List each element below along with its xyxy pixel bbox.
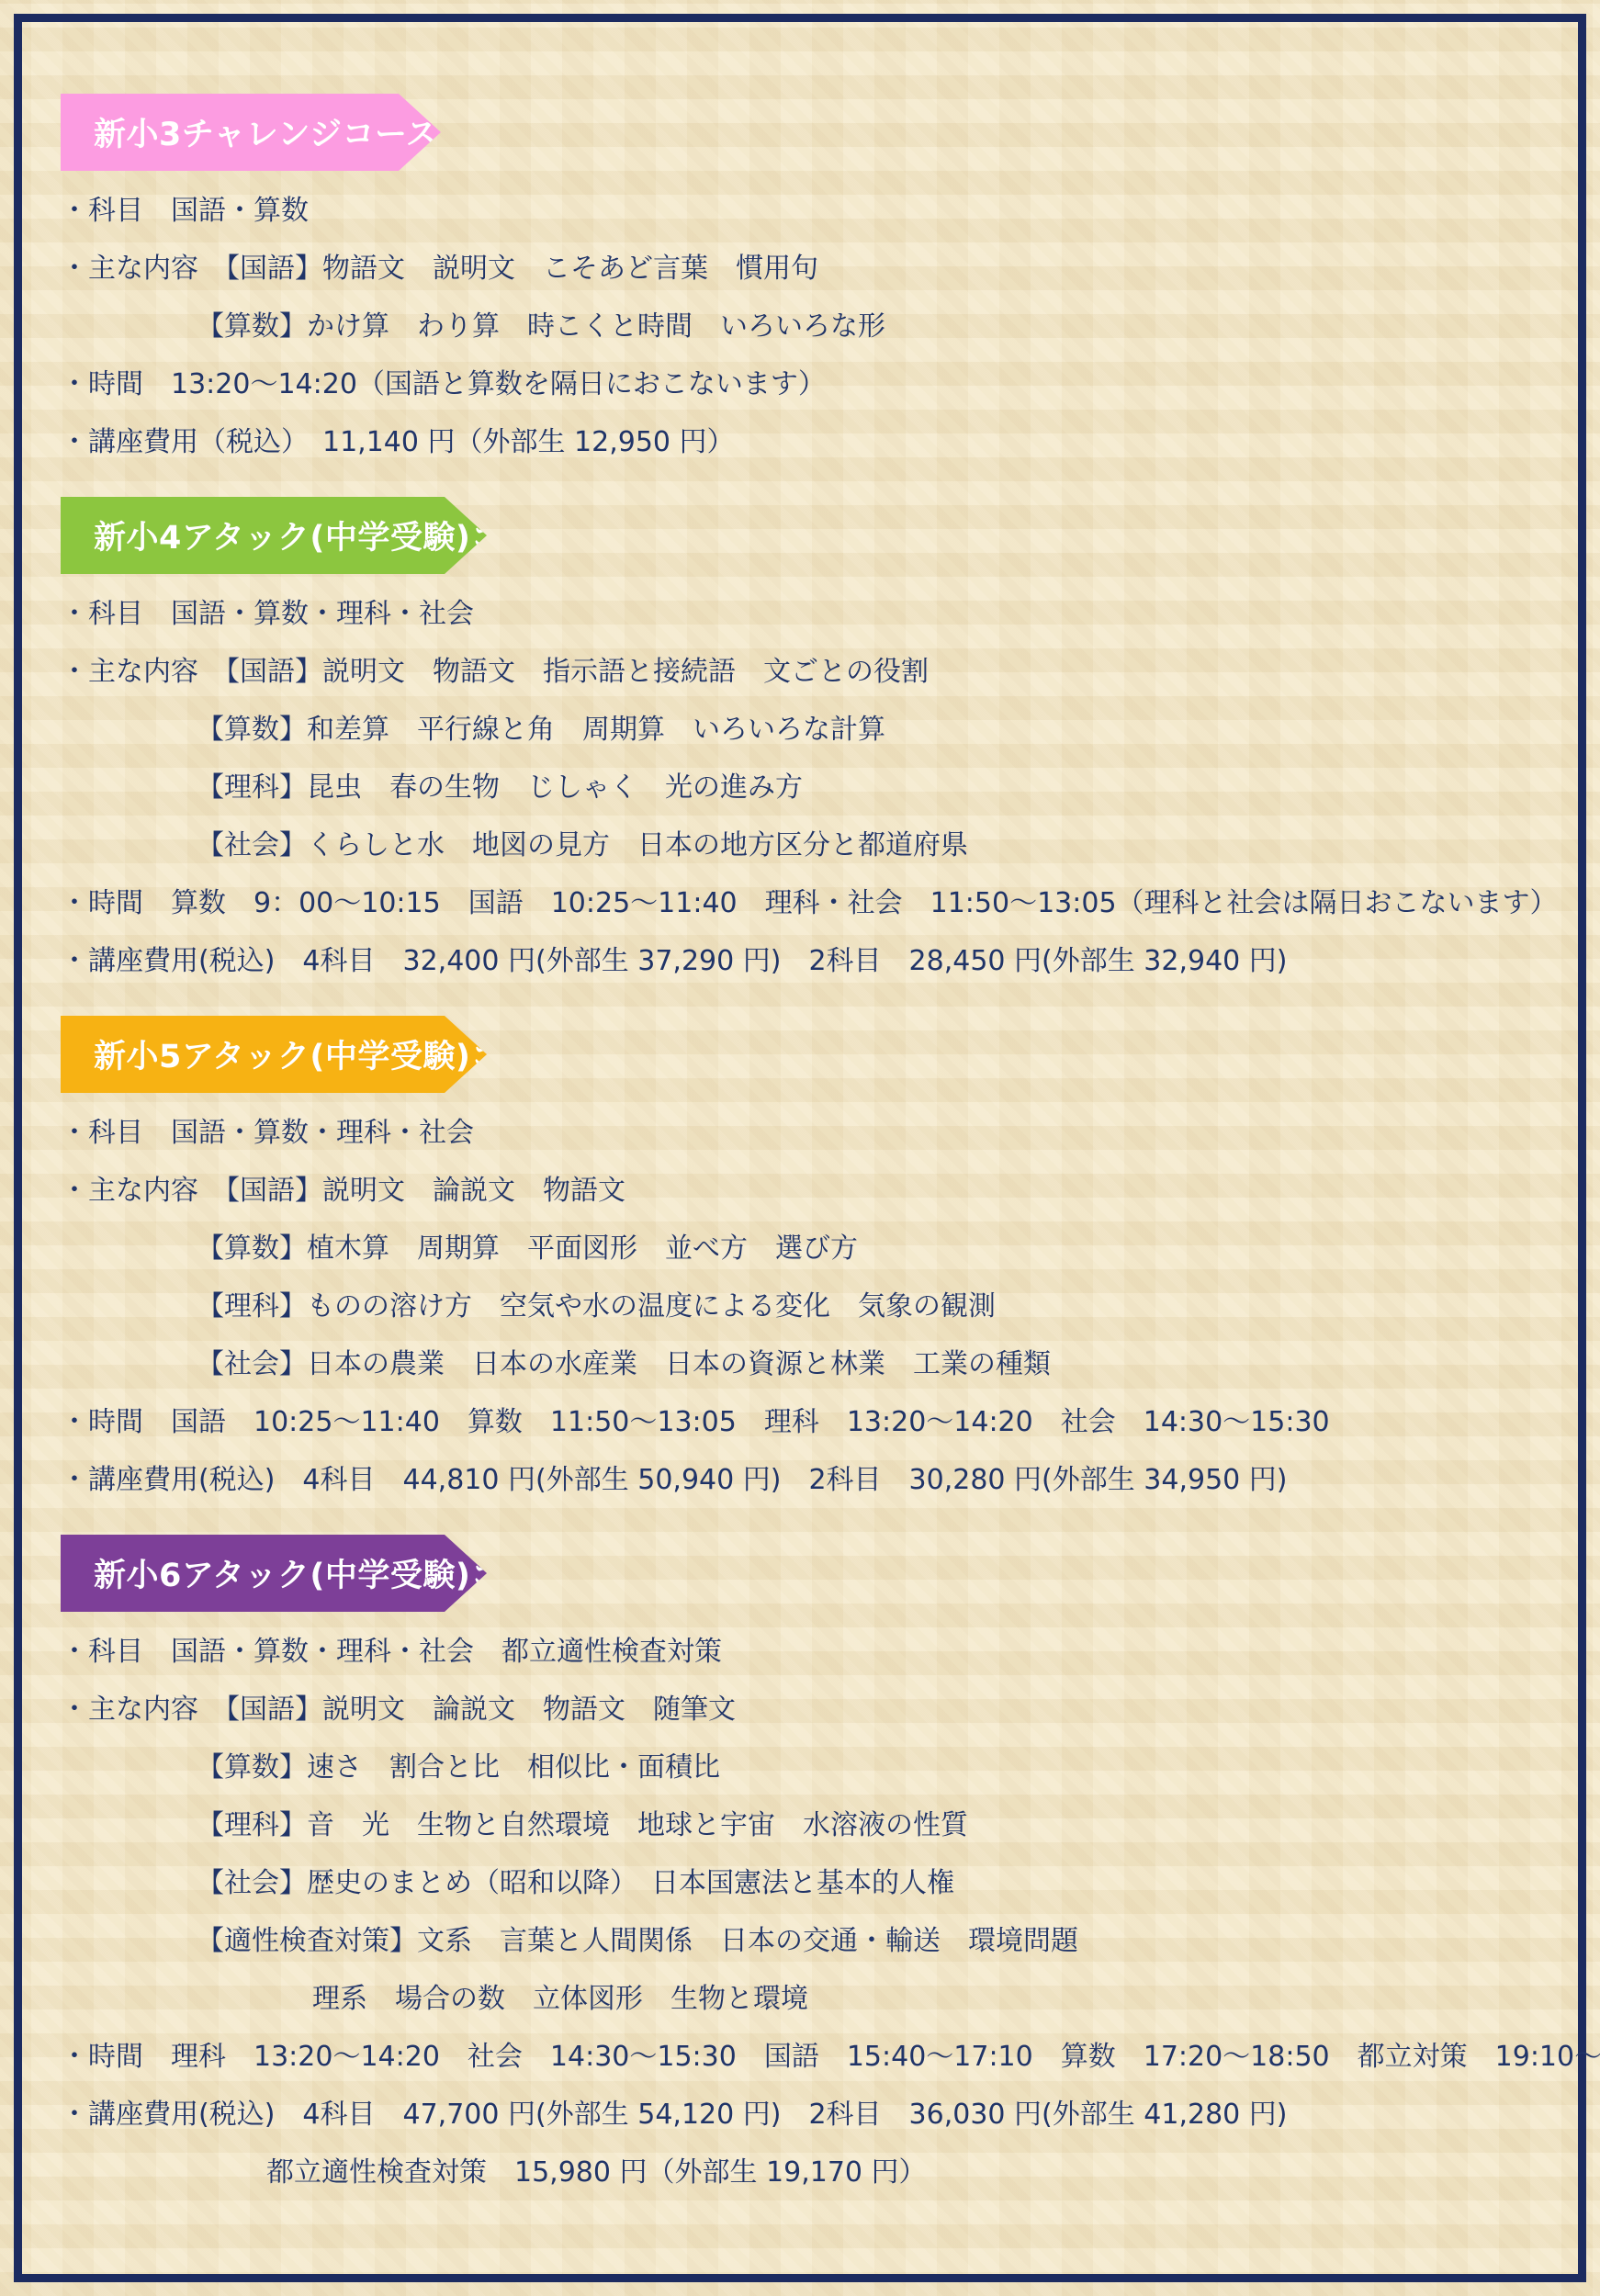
course-contents-line: 【社会】くらしと水 地図の見方 日本の地方区分と都道府県	[61, 816, 1549, 874]
course-banner-arrow: 新小4アタック(中学受験)コース	[61, 497, 487, 574]
flyer-content: 新小3チャレンジコース ・科目 国語・算数 ・主な内容 【国語】物語文 説明文 …	[61, 94, 1549, 2227]
course-contents-line: 【理科】ものの溶け方 空気や水の温度による変化 気象の観測	[61, 1277, 1549, 1335]
course-contents-line: 【算数】和差算 平行線と角 周期算 いろいろな計算	[61, 701, 1549, 759]
course-fee-line: ・講座費用(税込) 4科目 47,700 円(外部生 54,120 円) 2科目…	[61, 2086, 1549, 2144]
course-schedule-line: ・時間 算数 9：00～10:15 国語 10:25～11:40 理科・社会 1…	[61, 874, 1549, 932]
course-subjects-line: ・科目 国語・算数	[61, 182, 1549, 240]
course-contents-line: 【社会】歴史のまとめ（昭和以降） 日本国憲法と基本的人権	[61, 1854, 1549, 1912]
course-banner-arrow: 新小5アタック(中学受験)コース	[61, 1016, 487, 1093]
course-section-shinsho6-attack: 新小6アタック(中学受験)コース ・科目 国語・算数・理科・社会 都立適性検査対…	[61, 1535, 1549, 2201]
course-contents-line: ・主な内容 【国語】説明文 物語文 指示語と接続語 文ごとの役割	[61, 643, 1549, 701]
course-contents-line: ・主な内容 【国語】説明文 論説文 物語文	[61, 1162, 1549, 1220]
course-banner-arrow: 新小3チャレンジコース	[61, 94, 441, 171]
course-section-shinsho3-challenge: 新小3チャレンジコース ・科目 国語・算数 ・主な内容 【国語】物語文 説明文 …	[61, 94, 1549, 471]
course-banner-arrow: 新小6アタック(中学受験)コース	[61, 1535, 487, 1612]
course-contents-line: 【算数】速さ 割合と比 相似比・面積比	[61, 1739, 1549, 1796]
course-schedule-line: ・時間 国語 10:25～11:40 算数 11:50～13:05 理科 13:…	[61, 1393, 1549, 1451]
course-contents-line: 【理科】昆虫 春の生物 じしゃく 光の進み方	[61, 759, 1549, 816]
course-schedule-line: ・時間 13:20～14:20（国語と算数を隔日におこないます）	[61, 355, 1549, 413]
course-contents-line: 【算数】かけ算 わり算 時こくと時間 いろいろな形	[61, 298, 1549, 355]
course-contents-line: ・主な内容 【国語】物語文 説明文 こそあど言葉 慣用句	[61, 240, 1549, 298]
course-flyer-page: 新小3チャレンジコース ・科目 国語・算数 ・主な内容 【国語】物語文 説明文 …	[0, 0, 1600, 2296]
course-subjects-line: ・科目 国語・算数・理科・社会	[61, 1104, 1549, 1162]
course-contents-line: 【適性検査対策】文系 言葉と人間関係 日本の交通・輸送 環境問題	[61, 1912, 1549, 1970]
course-fee-line: 都立適性検査対策 15,980 円（外部生 19,170 円）	[61, 2144, 1549, 2201]
course-contents-line: 【社会】日本の農業 日本の水産業 日本の資源と林業 工業の種類	[61, 1335, 1549, 1393]
course-schedule-line: ・時間 理科 13:20～14:20 社会 14:30～15:30 国語 15:…	[61, 2028, 1549, 2086]
course-contents-line: 【理科】音 光 生物と自然環境 地球と宇宙 水溶液の性質	[61, 1796, 1549, 1854]
course-subjects-line: ・科目 国語・算数・理科・社会 都立適性検査対策	[61, 1623, 1549, 1681]
course-fee-line: ・講座費用（税込） 11,140 円（外部生 12,950 円）	[61, 413, 1549, 471]
course-banner-label: 新小4アタック(中学受験)コース	[94, 512, 567, 558]
course-contents-line: ・主な内容 【国語】説明文 論説文 物語文 随筆文	[61, 1681, 1549, 1739]
course-section-shinsho5-attack: 新小5アタック(中学受験)コース ・科目 国語・算数・理科・社会 ・主な内容 【…	[61, 1016, 1549, 1509]
course-banner-label: 新小5アタック(中学受験)コース	[94, 1031, 567, 1077]
course-banner-label: 新小6アタック(中学受験)コース	[94, 1550, 567, 1596]
course-contents-line: 【算数】植木算 周期算 平面図形 並べ方 選び方	[61, 1220, 1549, 1277]
course-contents-line: 理系 場合の数 立体図形 生物と環境	[61, 1970, 1549, 2028]
course-banner-label: 新小3チャレンジコース	[94, 109, 438, 155]
course-subjects-line: ・科目 国語・算数・理科・社会	[61, 585, 1549, 643]
course-fee-line: ・講座費用(税込) 4科目 44,810 円(外部生 50,940 円) 2科目…	[61, 1451, 1549, 1509]
course-fee-line: ・講座費用(税込) 4科目 32,400 円(外部生 37,290 円) 2科目…	[61, 932, 1549, 990]
course-section-shinsho4-attack: 新小4アタック(中学受験)コース ・科目 国語・算数・理科・社会 ・主な内容 【…	[61, 497, 1549, 990]
